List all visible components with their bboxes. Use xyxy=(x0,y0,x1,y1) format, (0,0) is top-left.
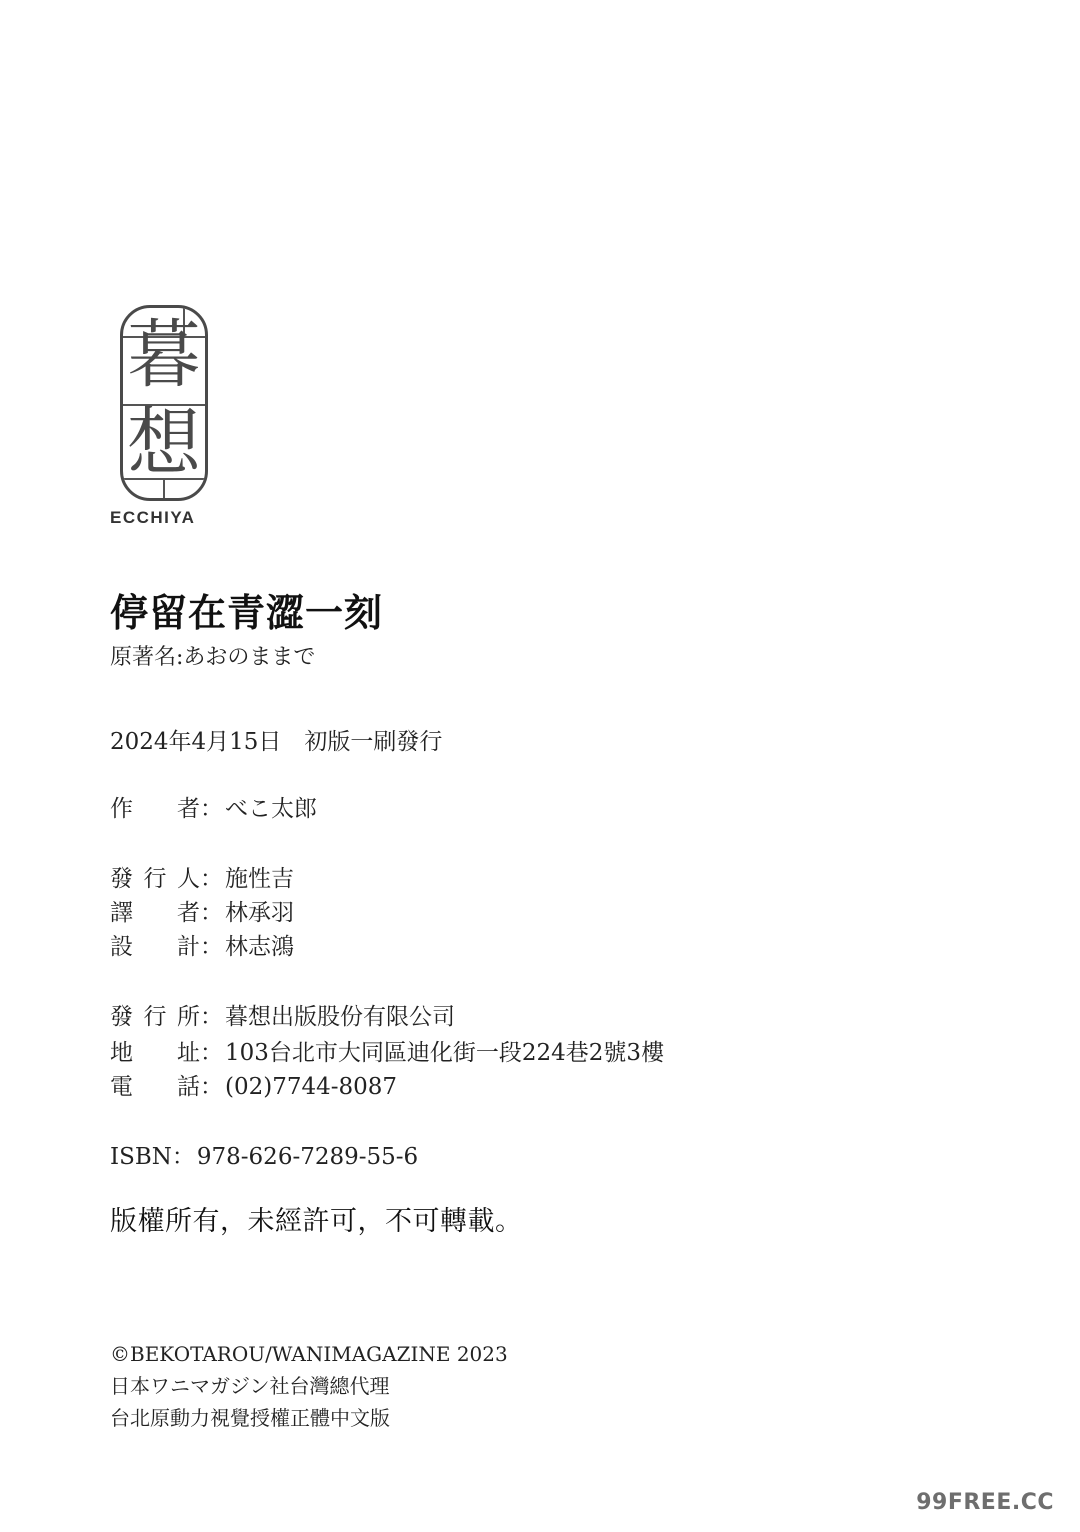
credit-separator: ： xyxy=(200,900,223,926)
credit-phone: 電 話：(02)7744-8087 xyxy=(110,1072,397,1102)
credit-value: 林承羽 xyxy=(225,900,294,926)
credit-value: 103台北市大同區迪化街一段224巷2號3樓 xyxy=(225,1040,664,1066)
credit-label: 發行人 xyxy=(110,864,200,894)
credit-publishing-house: 發行所：暮想出版股份有限公司 xyxy=(110,1002,455,1032)
credit-label: 設 計 xyxy=(110,932,200,962)
credit-separator: ： xyxy=(200,1074,223,1100)
logo-glyph-top: 暮 xyxy=(123,318,205,392)
credit-separator: ： xyxy=(200,796,223,822)
publisher-logo: 暮 想 xyxy=(120,305,208,501)
credit-designer: 設 計：林志鴻 xyxy=(110,932,294,962)
credit-value: べこ太郎 xyxy=(225,796,317,822)
isbn-value: 978-626-7289-55-6 xyxy=(197,1144,418,1170)
credit-publisher: 發行人：施性吉 xyxy=(110,864,294,894)
credit-address: 地 址：103台北市大同區迪化街一段224巷2號3樓 xyxy=(110,1038,664,1068)
copyright-line: 台北原動力視覺授權正體中文版 xyxy=(110,1404,390,1432)
credit-separator: ： xyxy=(200,934,223,960)
watermark: 99FREE.CC xyxy=(916,1490,1054,1515)
copyright-line: ©BEKOTAROU/WANIMAGAZINE 2023 xyxy=(110,1340,508,1368)
credit-value: 暮想出版股份有限公司 xyxy=(225,1004,455,1030)
credit-value: 施性吉 xyxy=(225,866,294,892)
rights-notice: 版權所有，未經許可，不可轉載。 xyxy=(110,1204,523,1240)
copyright-line: 日本ワニマガジン社台灣總代理 xyxy=(110,1372,390,1400)
credit-label: 譯 者 xyxy=(110,898,200,928)
credit-label: 地 址 xyxy=(110,1038,200,1068)
credit-separator: ： xyxy=(200,1004,223,1030)
isbn-label: ISBN xyxy=(110,1144,172,1170)
credit-value: (02)7744-8087 xyxy=(225,1074,397,1100)
credit-separator: ： xyxy=(200,1040,223,1066)
edition-line: 2024年4月15日 初版一刷發行 xyxy=(110,727,442,757)
brand-name: ECCHIYA xyxy=(110,508,195,528)
credit-label: 發行所 xyxy=(110,1002,200,1032)
isbn-separator: ： xyxy=(172,1144,195,1170)
credit-value: 林志鴻 xyxy=(225,934,294,960)
credit-translator: 譯 者：林承羽 xyxy=(110,898,294,928)
original-title: 原著名:あおのままで xyxy=(110,643,315,673)
logo-glyph-bottom: 想 xyxy=(123,406,205,480)
credit-author: 作 者：べこ太郎 xyxy=(110,794,317,824)
isbn-line: ISBN：978-626-7289-55-6 xyxy=(110,1142,418,1172)
book-title: 停留在青澀一刻 xyxy=(110,590,383,636)
credit-separator: ： xyxy=(200,866,223,892)
credit-label: 作 者 xyxy=(110,794,200,824)
credit-label: 電 話 xyxy=(110,1072,200,1102)
